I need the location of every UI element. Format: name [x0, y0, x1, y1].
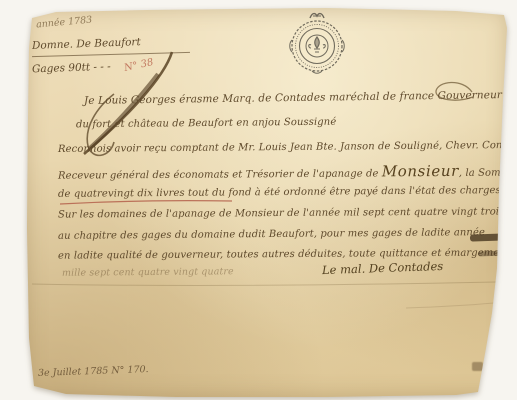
closing-date-line: mille sept cent quatre vingt quatre: [62, 266, 234, 278]
paper-sheet: année 1783 Domne. De Beaufort Gages 90tt…: [26, 8, 509, 397]
ink-flourish-layer: [26, 8, 509, 397]
edge-stain: [472, 362, 483, 371]
line-prefix: Receveur général des économats et Trésor…: [58, 168, 382, 181]
paper-sheet-wrap: année 1783 Domne. De Beaufort Gages 90tt…: [26, 8, 509, 397]
manuscript-line-monsieur: Receveur général des économats et Trésor…: [58, 161, 517, 182]
word-monsieur: Monsieur: [382, 162, 459, 181]
edge-stain: [498, 302, 506, 316]
ink-blot: [478, 251, 504, 257]
photograph-backdrop: année 1783 Domne. De Beaufort Gages 90tt…: [0, 0, 517, 400]
ink-blot: [470, 233, 508, 241]
line-suffix: , la Somme ——: [459, 167, 517, 179]
